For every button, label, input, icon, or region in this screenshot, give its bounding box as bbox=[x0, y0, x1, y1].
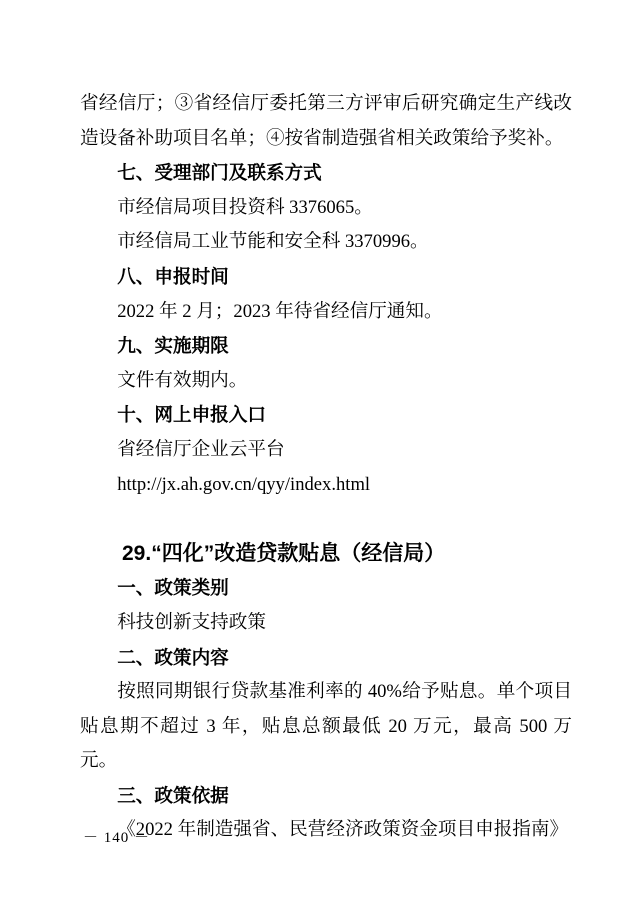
body-paragraph: 科技创新支持政策 bbox=[80, 606, 572, 641]
page-number: － 140 － bbox=[83, 828, 150, 848]
section-heading: 七、受理部门及联系方式 bbox=[80, 156, 572, 191]
body-paragraph: 2022 年 2 月；2023 年待省经信厅通知。 bbox=[80, 295, 572, 330]
section-heading: 八、申报时间 bbox=[80, 260, 572, 295]
body-paragraph: 按照同期银行贷款基准利率的 40%给予贴息。单个项目贴息期不超过 3 年，贴息总… bbox=[80, 675, 572, 779]
document-page: 省经信厅；③省经信厅委托第三方评审后研究确定生产线改造设备补助项目名单；④按省制… bbox=[0, 0, 642, 907]
body-paragraph: 《2022 年制造强省、民营经济政策资金项目申报指南》 bbox=[80, 813, 572, 848]
body-paragraph: 市经信局工业节能和安全科 3370996。 bbox=[80, 225, 572, 260]
section-heading: 一、政策类别 bbox=[80, 571, 572, 606]
body-paragraph: 省经信厅；③省经信厅委托第三方评审后研究确定生产线改造设备补助项目名单；④按省制… bbox=[80, 87, 572, 156]
document-body: 省经信厅；③省经信厅委托第三方评审后研究确定生产线改造设备补助项目名单；④按省制… bbox=[80, 87, 572, 848]
section-heading: 三、政策依据 bbox=[80, 779, 572, 814]
section-heading: 九、实施期限 bbox=[80, 329, 572, 364]
body-paragraph: http://jx.ah.gov.cn/qyy/index.html bbox=[80, 468, 572, 503]
section-heading: 十、网上申报入口 bbox=[80, 398, 572, 433]
body-paragraph: 省经信厅企业云平台 bbox=[80, 433, 572, 468]
body-paragraph: 文件有效期内。 bbox=[80, 364, 572, 399]
body-paragraph: 市经信局项目投资科 3376065。 bbox=[80, 191, 572, 226]
section-heading: 二、政策内容 bbox=[80, 641, 572, 676]
policy-item-title: 29.“四化”改造贷款贴息（经信局） bbox=[80, 537, 572, 572]
